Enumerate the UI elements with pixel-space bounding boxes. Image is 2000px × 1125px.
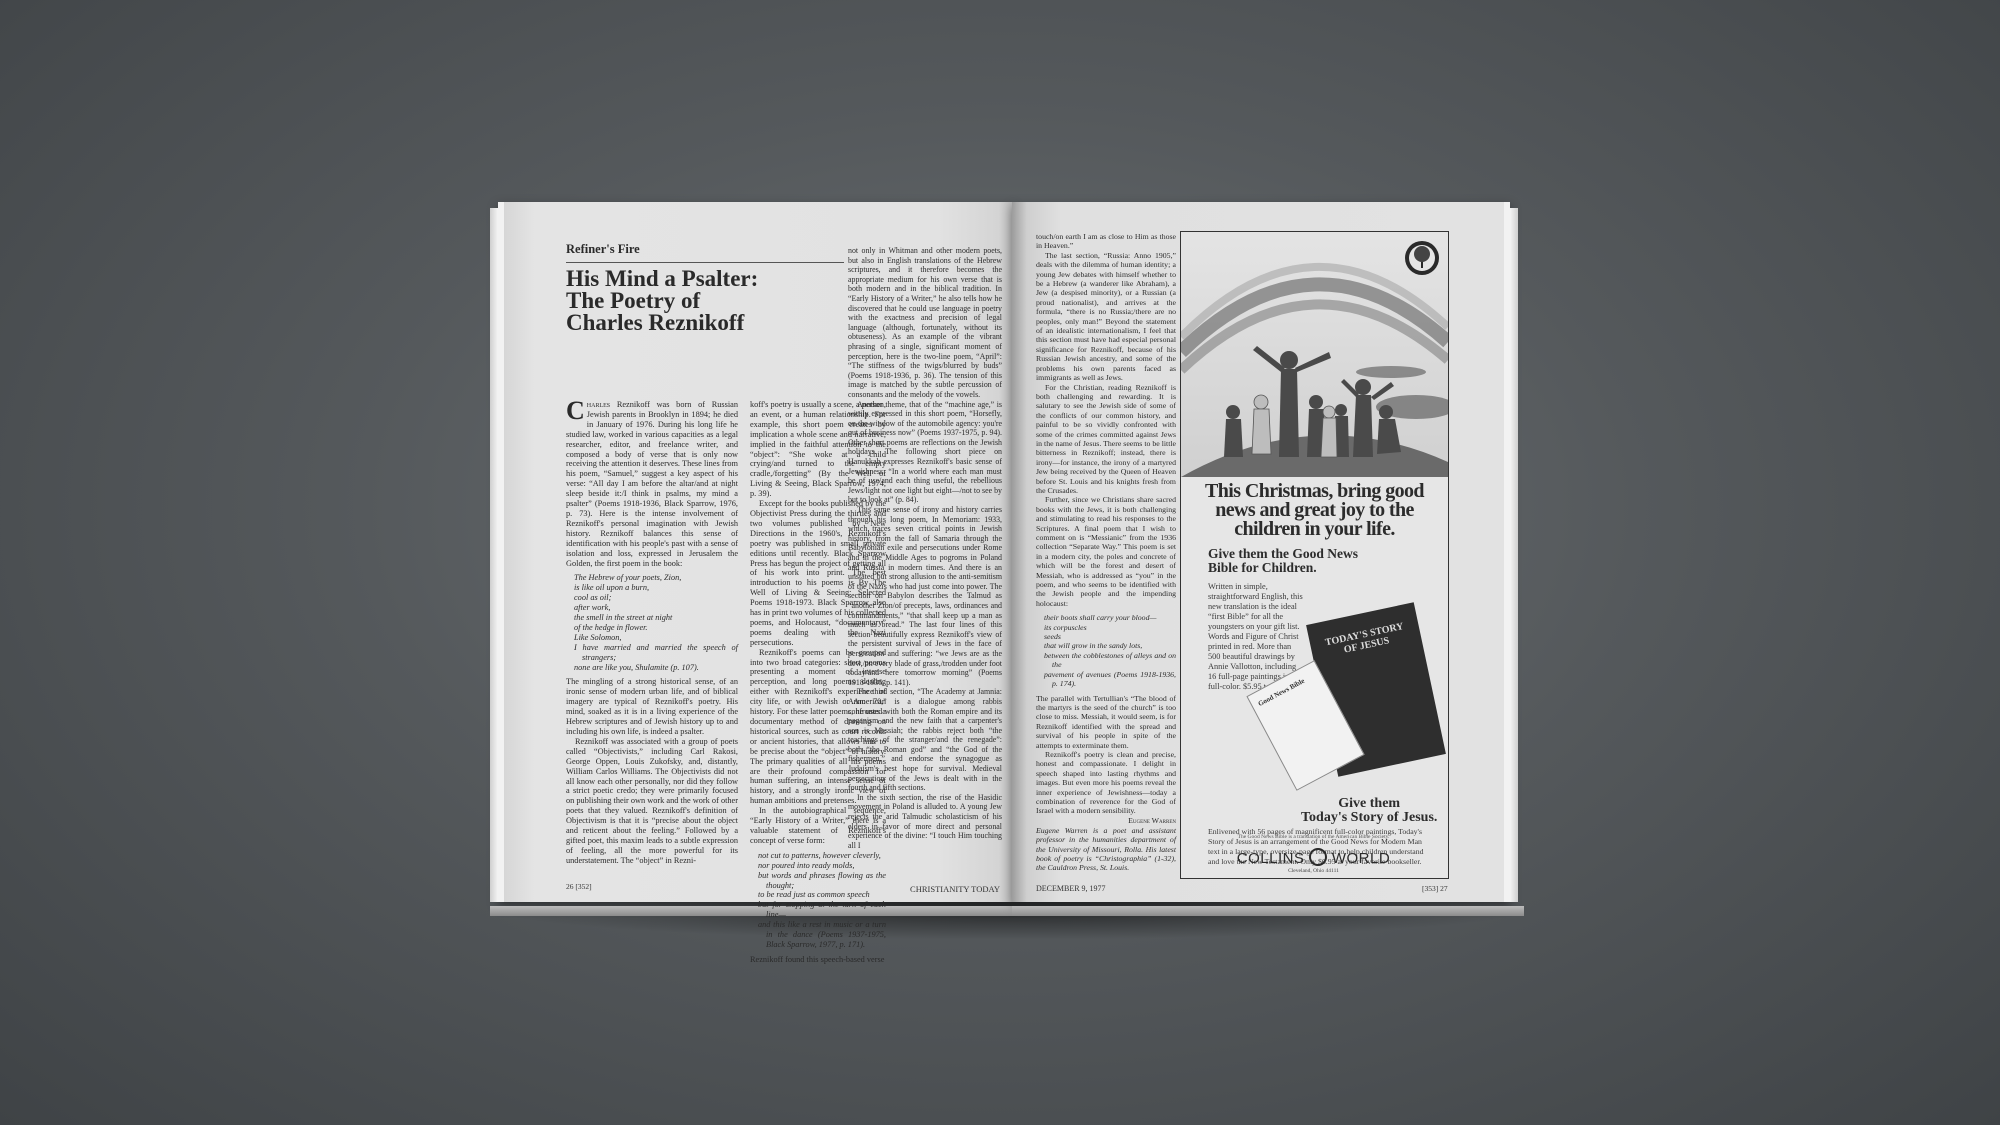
article-title: His Mind a Psalter: The Poetry of Charle… bbox=[566, 268, 758, 334]
page-edge bbox=[1510, 208, 1518, 902]
poem-excerpt: not cut to patterns, however cleverly, n… bbox=[758, 851, 886, 950]
publisher-address: Cleveland, Ohio 44111 bbox=[1180, 868, 1447, 874]
advertisement: This Christmas, bring good news and grea… bbox=[1180, 231, 1449, 879]
globe-tree-icon bbox=[1309, 848, 1327, 866]
ad-credit: The Good News Bible is a translation of … bbox=[1180, 834, 1447, 840]
paragraph: Charles Reznikoff was born of Russian Je… bbox=[566, 400, 738, 568]
issue-date: DECEMBER 9, 1977 bbox=[1036, 884, 1106, 893]
ad-subhead-bible: Give them the Good News Bible for Childr… bbox=[1208, 547, 1378, 575]
page-bottom-edge bbox=[1012, 906, 1524, 916]
paragraph: not only in Whitman and other modern poe… bbox=[848, 246, 1002, 400]
paragraph: The third section, “The Academy at Jamni… bbox=[848, 687, 1002, 793]
author-signature: Eugene Warren bbox=[1119, 816, 1176, 825]
paragraph: The parallel with Tertullian's “The bloo… bbox=[1036, 694, 1176, 750]
author-bio: Eugene Warren is a poet and assistant pr… bbox=[1036, 826, 1176, 873]
ad-subhead-story: Give them Today's Story of Jesus. bbox=[1301, 797, 1437, 825]
paragraph: The mingling of a strong historical sens… bbox=[566, 677, 738, 736]
paragraph: The last section, “Russia: Anno 1905,” d… bbox=[1036, 251, 1176, 383]
page-number-right: [353] 27 bbox=[1422, 884, 1448, 893]
drop-cap: C bbox=[566, 401, 585, 421]
paragraph: Further, since we Christians share sacre… bbox=[1036, 495, 1176, 608]
poem-excerpt: their boots shall carry your blood— its … bbox=[1044, 613, 1176, 688]
paragraph: Another theme, that of the “machine age,… bbox=[848, 400, 1002, 506]
paragraph: In the sixth section, the rise of the Ha… bbox=[848, 793, 1002, 851]
right-page: touch/on earth I am as close to Him as t… bbox=[1012, 202, 1510, 902]
paragraph: Reznikoff found this speech-based verse bbox=[750, 955, 886, 965]
paragraph: For the Christian, reading Reznikoff is … bbox=[1036, 383, 1176, 496]
paragraph: Reznikoff was associated with a group of… bbox=[566, 737, 738, 866]
article-column-1: Charles Reznikoff was born of Russian Je… bbox=[566, 400, 738, 866]
paragraph: touch/on earth I am as close to Him as t… bbox=[1036, 232, 1176, 251]
article-column-3: not only in Whitman and other modern poe… bbox=[848, 246, 1002, 850]
rainbow-illustration bbox=[1181, 232, 1448, 477]
poem-excerpt: The Hebrew of your poets, Zion, is like … bbox=[574, 573, 738, 672]
paragraph: Reznikoff's poetry is clean and precise,… bbox=[1036, 750, 1176, 816]
article-column-4: touch/on earth I am as close to Him as t… bbox=[1036, 232, 1176, 873]
ad-headline: This Christmas, bring good news and grea… bbox=[1181, 482, 1448, 539]
page-number-left: 26 [352] bbox=[566, 882, 592, 891]
tree-logo-icon bbox=[1402, 238, 1442, 278]
publisher-logo: COLLINS WORLD bbox=[1180, 848, 1447, 867]
left-page: Refiner's Fire His Mind a Psalter: The P… bbox=[498, 202, 1014, 902]
publication-name: CHRISTIANITY TODAY bbox=[910, 884, 1000, 894]
kicker-rule bbox=[566, 262, 844, 263]
paragraph: This same sense of irony and history car… bbox=[848, 505, 1002, 687]
page-edge bbox=[490, 208, 498, 902]
section-kicker: Refiner's Fire bbox=[566, 242, 640, 257]
